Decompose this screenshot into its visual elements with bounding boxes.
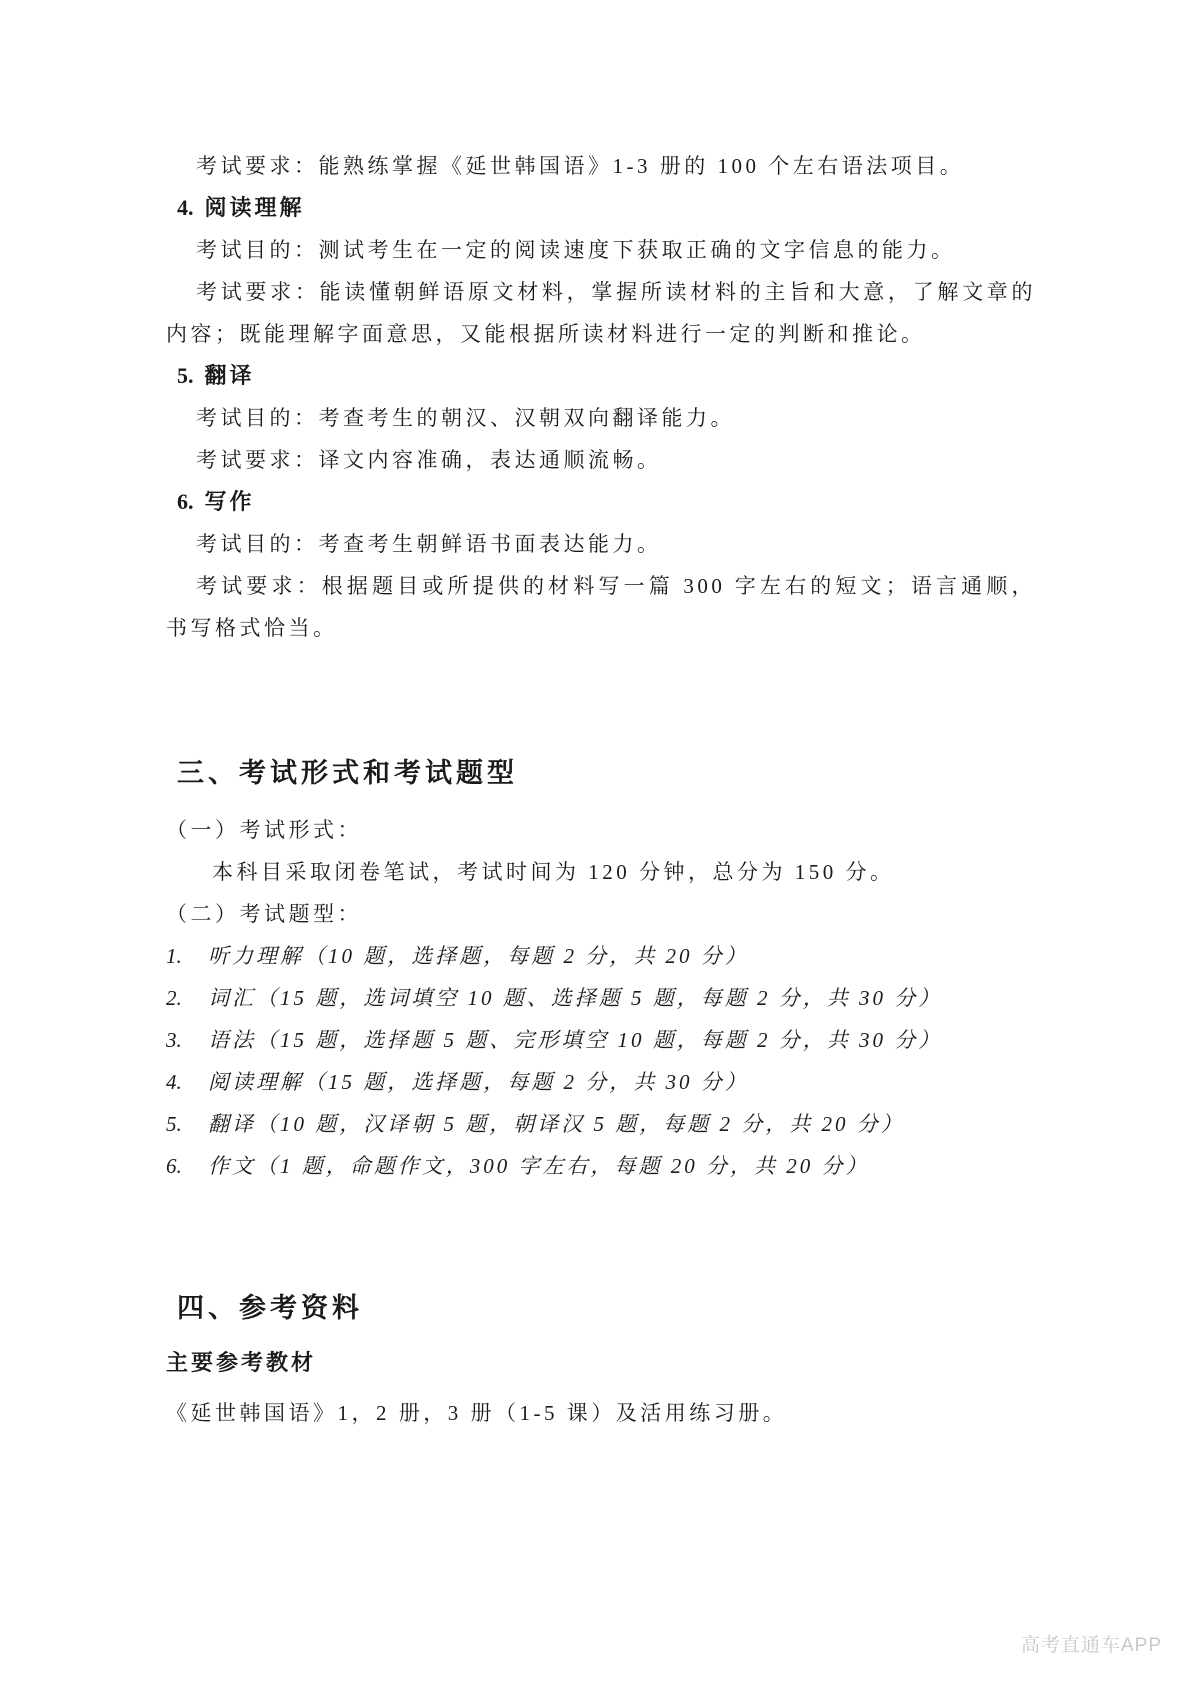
question-type-number: 5.	[166, 1103, 208, 1145]
question-types-label: （二）考试题型：	[166, 893, 1036, 935]
question-type-text: 语法（15 题，选择题 5 题、完形填空 10 题，每题 2 分，共 30 分）	[208, 1028, 942, 1052]
question-type-number: 3.	[166, 1019, 208, 1061]
reading-purpose-paragraph: 考试目的：测试考生在一定的阅读速度下获取正确的文字信息的能力。	[166, 229, 1036, 271]
question-type-text: 阅读理解（15 题，选择题，每题 2 分，共 30 分）	[208, 1070, 749, 1094]
question-type-number: 4.	[166, 1061, 208, 1103]
skill-heading-translation: 5.翻译	[166, 355, 1036, 397]
grammar-requirement-paragraph: 考试要求：能熟练掌握《延世韩国语》1-3 册的 100 个左右语法项目。	[166, 145, 1036, 187]
reading-requirement-paragraph: 考试要求：能读懂朝鲜语原文材料，掌握所读材料的主旨和大意，了解文章的内容；既能理…	[166, 271, 1036, 355]
exam-format-text: 本科目采取闭卷笔试，考试时间为 120 分钟，总分为 150 分。	[166, 851, 1036, 893]
question-type-text: 作文（1 题，命题作文，300 字左右，每题 20 分，共 20 分）	[208, 1154, 870, 1178]
translation-purpose-paragraph: 考试目的：考查考生的朝汉、汉朝双向翻译能力。	[166, 397, 1036, 439]
question-type-item: 3.语法（15 题，选择题 5 题、完形填空 10 题，每题 2 分，共 30 …	[166, 1019, 1036, 1061]
section-heading-exam-format: 三、考试形式和考试题型	[166, 749, 1036, 797]
skill-heading-writing: 6.写作	[166, 481, 1036, 523]
question-type-number: 1.	[166, 935, 208, 977]
question-type-number: 6.	[166, 1145, 208, 1187]
question-type-item: 6.作文（1 题，命题作文，300 字左右，每题 20 分，共 20 分）	[166, 1145, 1036, 1187]
question-type-item: 1.听力理解（10 题，选择题，每题 2 分，共 20 分）	[166, 935, 1036, 977]
question-type-item: 4.阅读理解（15 题，选择题，每题 2 分，共 30 分）	[166, 1061, 1036, 1103]
exam-format-label: （一）考试形式：	[166, 809, 1036, 851]
document-page: 考试要求：能熟练掌握《延世韩国语》1-3 册的 100 个左右语法项目。 4.阅…	[0, 0, 1190, 1683]
skill-title: 写作	[205, 489, 255, 514]
watermark-app-label: 高考直通车APP	[1021, 1630, 1162, 1657]
reference-textbook-line: 《延世韩国语》1，2 册，3 册（1-5 课）及活用练习册。	[166, 1392, 1036, 1434]
skill-title: 阅读理解	[205, 195, 305, 220]
question-type-text: 听力理解（10 题，选择题，每题 2 分，共 20 分）	[208, 944, 749, 968]
document-content: 考试要求：能熟练掌握《延世韩国语》1-3 册的 100 个左右语法项目。 4.阅…	[166, 145, 1036, 1434]
section-heading-references: 四、参考资料	[166, 1284, 1036, 1332]
translation-requirement-paragraph: 考试要求：译文内容准确，表达通顺流畅。	[166, 439, 1036, 481]
question-type-text: 词汇（15 题，选词填空 10 题、选择题 5 题，每题 2 分，共 30 分）	[208, 986, 942, 1010]
question-type-text: 翻译（10 题，汉译朝 5 题，朝译汉 5 题，每题 2 分，共 20 分）	[208, 1112, 905, 1136]
skill-number: 6.	[177, 489, 194, 514]
references-subheading: 主要参考教材	[166, 1342, 1036, 1384]
question-type-item: 5.翻译（10 题，汉译朝 5 题，朝译汉 5 题，每题 2 分，共 20 分）	[166, 1103, 1036, 1145]
skill-number: 5.	[177, 363, 194, 388]
writing-requirement-paragraph: 考试要求：根据题目或所提供的材料写一篇 300 字左右的短文；语言通顺，书写格式…	[166, 565, 1036, 649]
skill-heading-reading: 4.阅读理解	[166, 187, 1036, 229]
question-type-number: 2.	[166, 977, 208, 1019]
writing-purpose-paragraph: 考试目的：考查考生朝鲜语书面表达能力。	[166, 523, 1036, 565]
skill-title: 翻译	[205, 363, 255, 388]
question-type-item: 2.词汇（15 题，选词填空 10 题、选择题 5 题，每题 2 分，共 30 …	[166, 977, 1036, 1019]
skill-number: 4.	[177, 195, 194, 220]
